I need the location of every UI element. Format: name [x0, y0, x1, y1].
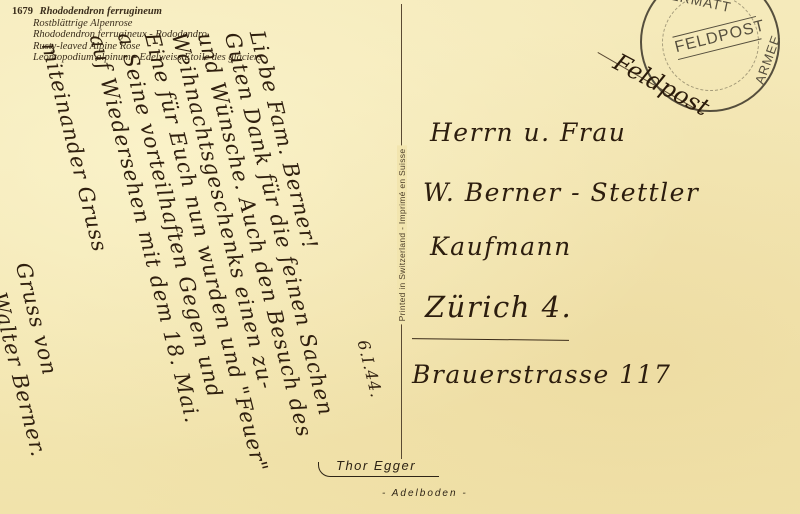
address-line-2: W. Berner - Stettler [423, 178, 699, 207]
message-date: 6.I.44. [354, 338, 387, 400]
address-underline [412, 338, 569, 341]
postcard-back: 1679 Rhododendron ferrugineum Rostblättr… [0, 0, 800, 514]
caption-number: 1679 [12, 6, 33, 17]
address-line-3: Kaufmann [430, 232, 572, 261]
caption-title-line: 1679 Rhododendron ferrugineum [12, 6, 262, 18]
address-line-1: Herrn u. Frau [430, 118, 626, 147]
caption-title: Rhododendron ferrugineum [40, 6, 162, 17]
photographer-name: Thor Egger [336, 458, 416, 473]
photographer-place: - Adelboden - [382, 488, 468, 499]
printed-in-switzerland: Printed in Switzerland - Imprimé en Suis… [397, 146, 407, 325]
address-line-4: Zürich 4. [425, 290, 572, 324]
caption-line-de: Rostblättrige Alpenrose [12, 18, 262, 30]
address-line-5: Brauerstrasse 117 [412, 360, 671, 389]
